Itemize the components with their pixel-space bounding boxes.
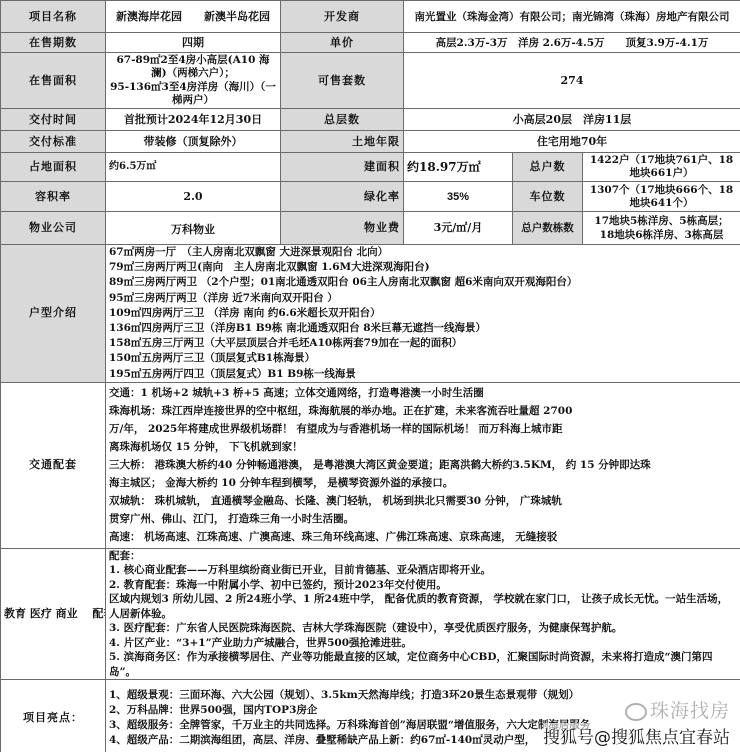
delivery-standard-value: 带装修（顶复除外）: [106, 131, 281, 153]
highlights-value: 1、超级景观：三面环海、六大公园（规划）、3.5km天然海岸线；打造3环20景生…: [106, 680, 740, 752]
amenities-label: 教育 医疗 商业 配套: [1, 548, 106, 680]
building-area-value: 约18.97万㎡: [404, 153, 513, 182]
transport-line: 高速： 机场高速、江珠高速、广澳高速、珠三角环线高速、广佛江珠高速、京珠高速， …: [109, 528, 737, 546]
area-on-sale-line: 95-136㎡3至4房洋房（海川）（一梯两户）: [109, 81, 277, 108]
parking-label: 车位数: [513, 182, 583, 212]
buildings-label: 总户数栋数: [513, 212, 583, 245]
property-info-table: 项目名称 新澳海岸花园 新澳半岛花园 开发商 南光置业（珠海金湾）有限公司；南光…: [0, 0, 740, 752]
transport-value: 交通：1 机场+2 城轨+3 桥+5 高速；立体交通网络，打造粤港澳一小时生活圈…: [106, 382, 740, 548]
unit-price-label: 单价: [281, 33, 404, 53]
households-label: 总户数: [513, 153, 583, 182]
highlight-line: 4、超级产品：二期滨海组团，高层、洋房、叠墅稀缺产品上新：约67㎡-140㎡灵动…: [109, 733, 737, 748]
unit-price-value: 高层2.3万-3万 洋房 2.6万-4.5万 顶复3.9万-4.1万: [404, 33, 740, 53]
total-floors-label: 总层数: [281, 109, 404, 131]
households-value: 1422户（17地块761户、18地块661户）: [583, 153, 740, 182]
project-name-value: 新澳海岸花园 新澳半岛花园: [106, 1, 281, 33]
amenity-line: 1. 核心商业配套——万科里缤纷商业街已开业，目前肯德基、亚朵酒店即将开业。: [109, 563, 737, 578]
highlights-label: 项目亮点：: [1, 680, 106, 752]
unit-type-line: 109㎡四房两厅三卫 （洋房 南向 约6.6米超长双开阳台）: [109, 306, 737, 321]
unit-type-line: 95㎡三房两厅两卫（洋房 近7米南向双开阳台 ）: [109, 291, 737, 306]
transport-line: 万/年， 2025年将建成世界级机场群！ 有望成为与香港机场一样的国际机场！ 而…: [109, 420, 737, 438]
plot-ratio-label: 容积率: [1, 182, 106, 212]
land-area-value: 约6.5万㎡: [106, 153, 281, 182]
amenity-line: 2. 教育配套：珠海一中附属小学、初中已签约，预计2023年交付使用。: [109, 578, 737, 593]
land-area-label: 占地面积: [1, 153, 106, 182]
developer-label: 开发商: [281, 1, 404, 33]
amenity-line: 人居新体验。: [109, 607, 737, 622]
transport-line: 三大桥： 港珠澳大桥约40 分钟畅通港澳， 是粤港澳大湾区黄金要道；距离洪鹤大桥…: [109, 456, 737, 474]
phase-value: 四期: [106, 33, 281, 53]
parking-value: 1307个（17地块666个、18地块641个）: [583, 182, 740, 212]
transport-line: 海主城区； 金海大桥约 10 分钟车程到横琴， 是横琴资源外溢的承接口。: [109, 474, 737, 492]
unit-type-line: 79㎡三房两厅两卫(南向 主人房南北双飘窗 1.6M大进深观海阳台): [109, 260, 737, 275]
transport-line: 贯穿广州、佛山、江门， 打造珠三角一小时生活圈。: [109, 510, 737, 528]
unit-type-line: 89㎡三房两厅两卫 （2个户型；01南北通透双阳台 06主人房南北双飘窗 超6米…: [109, 275, 737, 290]
total-floors-value: 小高层20层 洋房11层: [404, 109, 740, 131]
highlight-line: 1、超级景观：三面环海、六大公园（规划）、3.5km天然海岸线；打造3环20景生…: [109, 688, 737, 703]
unit-types-value: 67㎡两房一厅 （主人房南北双飘窗 大进深景观阳台 北向） 79㎡三房两厅两卫(…: [106, 245, 740, 383]
land-term-label: 土地年限: [281, 131, 404, 153]
amenity-line: 4. 片区产业：“3+1”产业助力产城融合，世界500强抢滩进驻。: [109, 636, 737, 651]
plot-ratio-value: 2.0: [106, 182, 281, 212]
amenity-line: 区域内规划3 所幼儿园、2 所24班小学、1 所24班中学， 配备优质的教育资源…: [109, 592, 737, 607]
unit-type-line: 158㎡五房三厅两卫（大平层顶层合并毛坯A10栋两套79加在一起的面积）: [109, 336, 737, 351]
property-company-label: 物业公司: [1, 212, 106, 245]
buildings-line: 17地块5栋洋房、5栋高层；: [586, 214, 737, 228]
developer-value: 南光置业（珠海金湾）有限公司；南光锦湾（珠海）房地产有限公司: [404, 1, 740, 33]
units-available-value: 274: [404, 53, 740, 109]
unit-type-line: 150㎡五房两厅三卫（顶层复式B1栋海景）: [109, 351, 737, 366]
amenity-line: 5. 滨海商务区：作为承接横琴居住、产业等功能最直接的区域，定位商务中心CBD，…: [109, 650, 737, 679]
delivery-time-label: 交付时间: [1, 109, 106, 131]
green-rate-value: 35%: [404, 182, 513, 212]
property-fee-value: 3元/㎡/月: [404, 212, 513, 245]
delivery-standard-label: 交付标准: [1, 131, 106, 153]
property-company-value: 万科物业: [106, 212, 281, 245]
unit-types-label: 户型介绍: [1, 245, 106, 383]
amenities-value: 配套： 1. 核心商业配套——万科里缤纷商业街已开业，目前肯德基、亚朵酒店即将开…: [106, 548, 740, 680]
land-term-value: 住宅用地70年: [404, 131, 740, 153]
buildings-value: 17地块5栋洋房、5栋高层； 18地块6栋洋房、3栋高层: [583, 212, 740, 245]
unit-type-line: 67㎡两房一厅 （主人房南北双飘窗 大进深景观阳台 北向）: [109, 245, 737, 260]
unit-type-line: 195㎡五房两厅四卫（顶层复式）B1 B9栋一线海景: [109, 367, 737, 382]
highlight-line: 2、万科品牌：世界500强，国内TOP3房企: [109, 703, 737, 718]
building-area-label: 建面积: [281, 153, 404, 182]
property-fee-label: 物业费: [281, 212, 404, 245]
area-on-sale-line: 67-89㎡2至4房小高层(A10 海澜)（两梯六户）；: [109, 54, 277, 81]
unit-type-line: 136㎡四房两厅三卫（洋房B1 B9栋 南北通透双阳台 8米巨幕无遮挡一线海景）: [109, 321, 737, 336]
units-available-label: 可售套数: [281, 53, 404, 109]
transport-line: 珠海机场：珠江西岸连接世界的空中枢纽，珠海航展的举办地。正在扩建，未来客流吞吐量…: [109, 402, 737, 420]
area-on-sale-value: 67-89㎡2至4房小高层(A10 海澜)（两梯六户）； 95-136㎡3至4房…: [106, 53, 281, 109]
area-on-sale-label: 在售面积: [1, 53, 106, 109]
transport-line: 交通：1 机场+2 城轨+3 桥+5 高速；立体交通网络，打造粤港澳一小时生活圈: [109, 384, 737, 402]
amenity-line: 配套：: [109, 549, 737, 564]
phase-label: 在售期数: [1, 33, 106, 53]
delivery-time-value: 首批预计2024年12月30日: [106, 109, 281, 131]
amenity-line: 3. 医疗配套：广东省人民医院珠海医院、吉林大学珠海医院（建设中），享受优质医疗…: [109, 621, 737, 636]
project-name-label: 项目名称: [1, 1, 106, 33]
green-rate-label: 绿化率: [281, 182, 404, 212]
transport-line: 双城轨： 珠机城轨， 直通横琴金融岛、长隆、澳门轻轨， 机场到拱北只需要30 分…: [109, 492, 737, 510]
transport-line: 离珠海机场仅 15 分钟， 下飞机就到家！: [109, 438, 737, 456]
highlight-line: 3、超级服务：全牌管家，千万业主的共同选择。万科珠海首创”海居联盟“增值服务，六…: [109, 718, 737, 733]
transport-label: 交通配套: [1, 382, 106, 548]
buildings-line: 18地块6栋洋房、3栋高层: [586, 228, 737, 242]
